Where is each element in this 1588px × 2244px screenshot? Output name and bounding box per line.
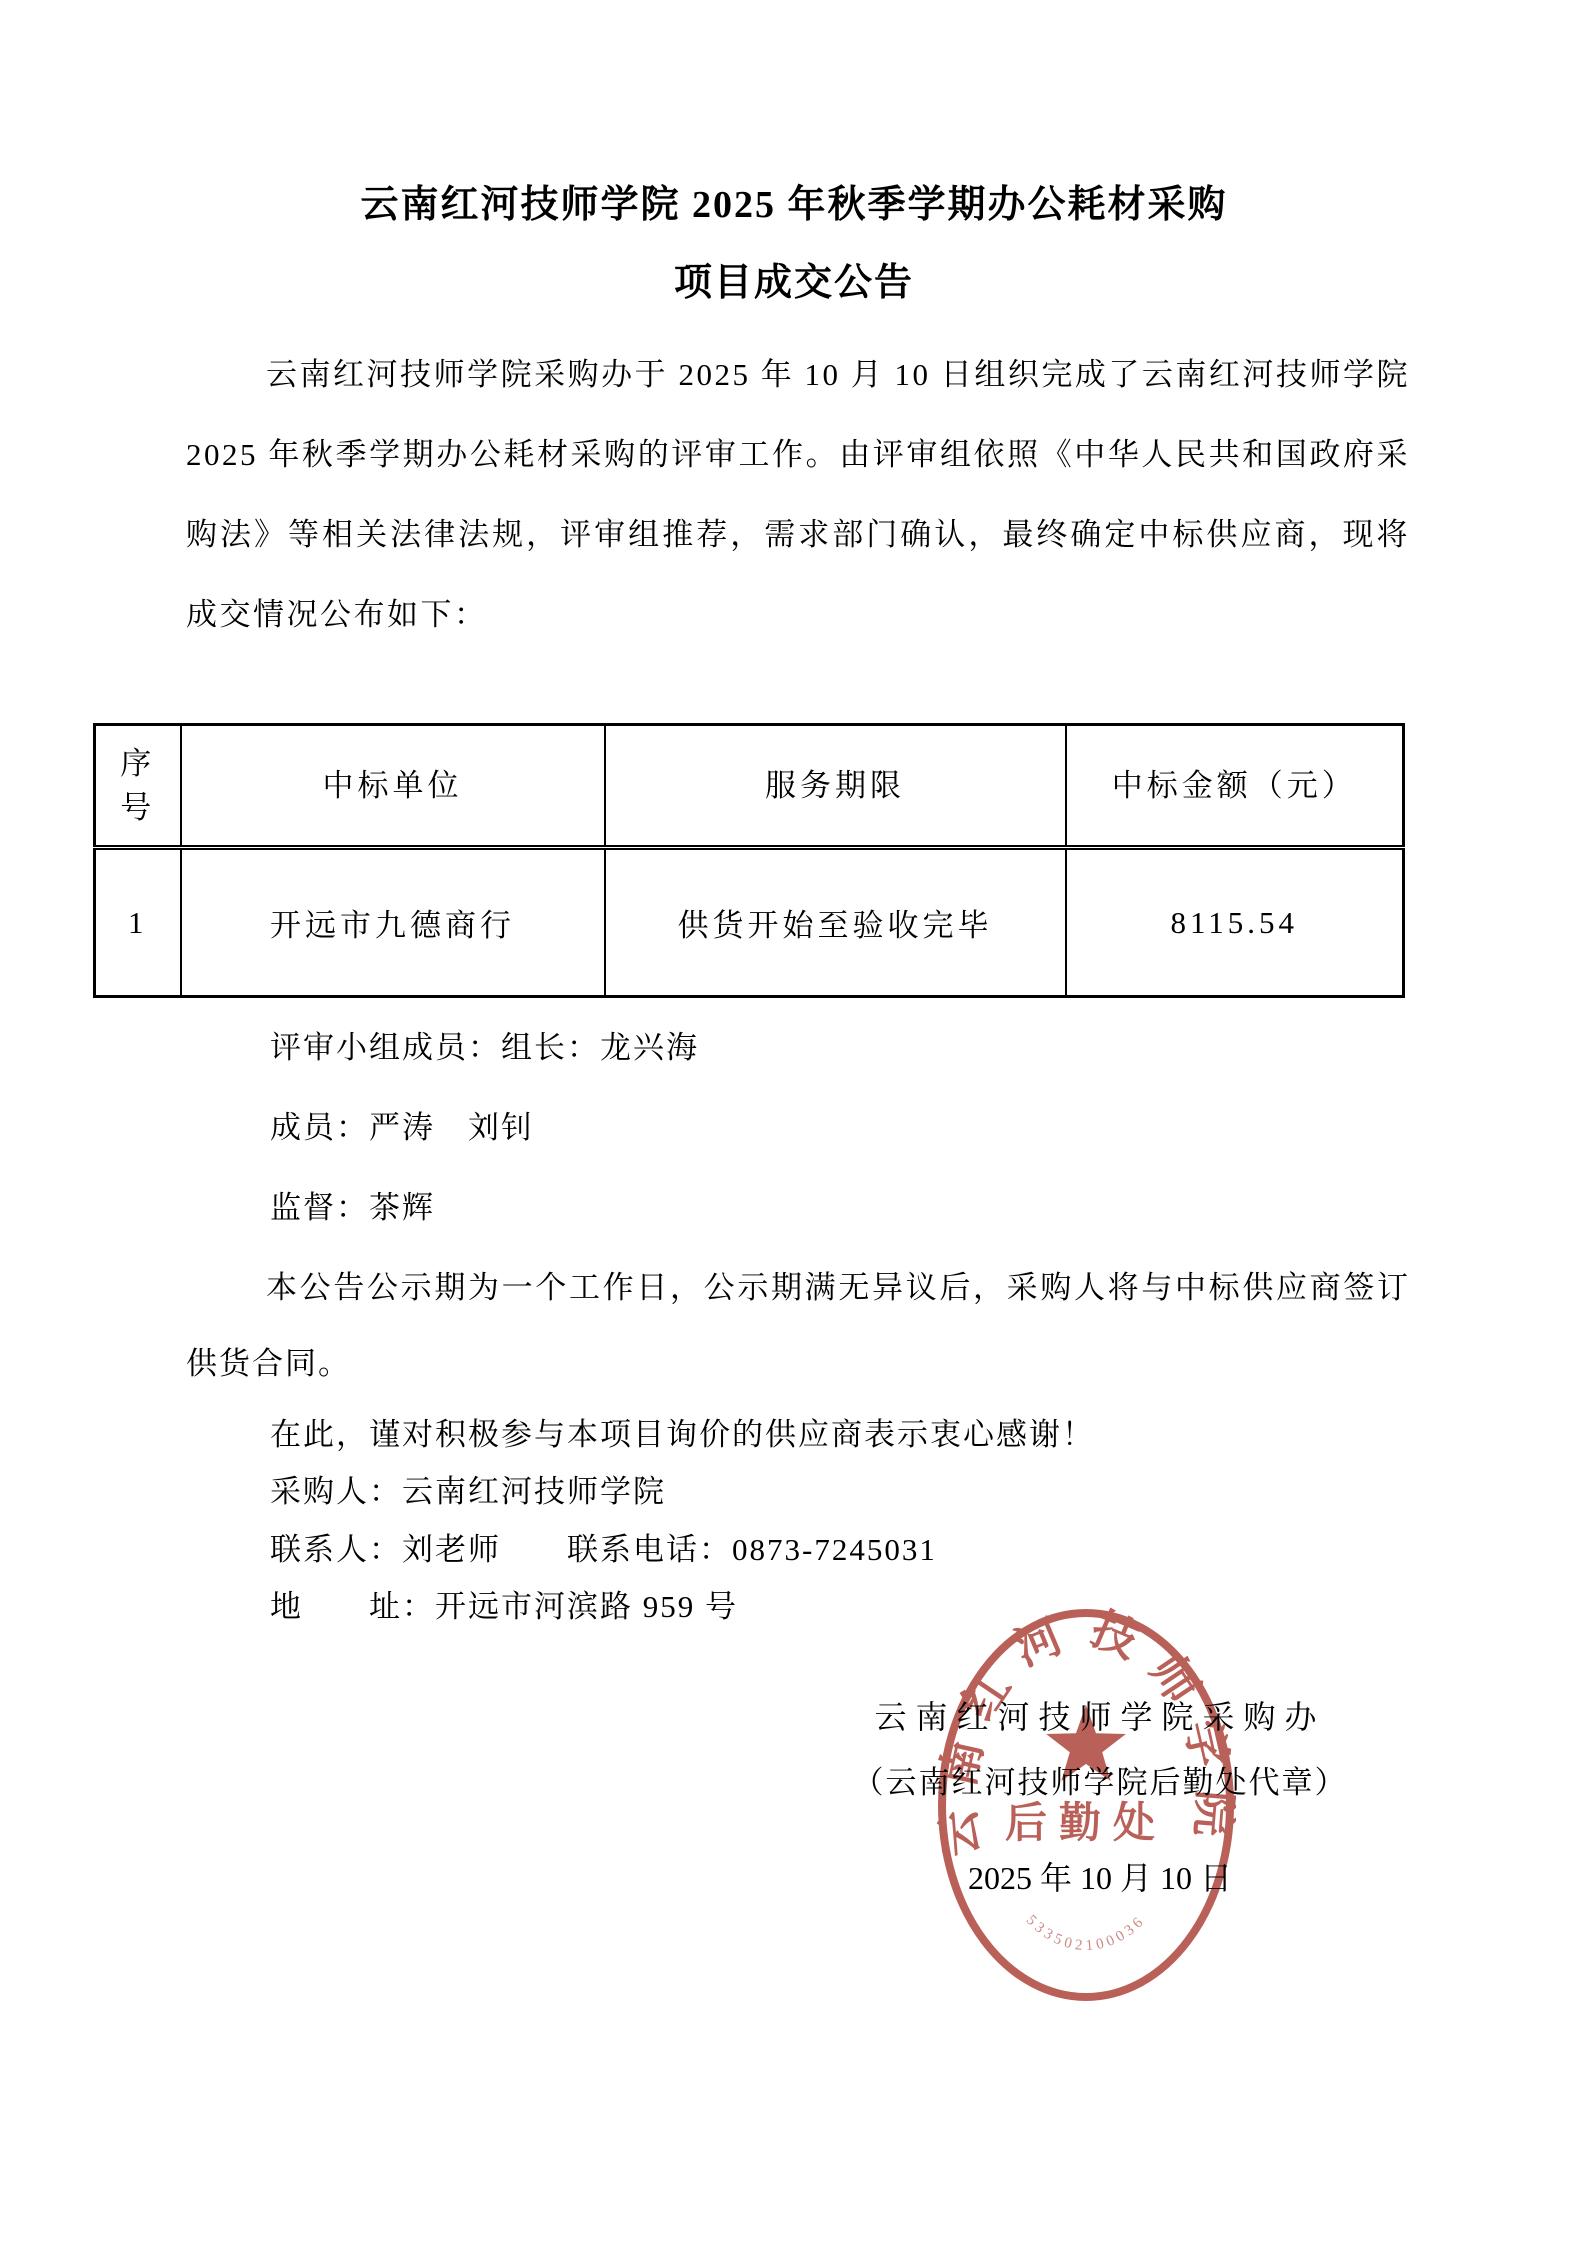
contact-line: 联系人：刘老师 联系电话：0873-7245031 (270, 1521, 937, 1579)
award-table: 序 号 中标单位 服务期限 中标金额（元） 1 开远市九德商行 供货开始至验收完… (93, 723, 1405, 998)
column-header-service-period: 服务期限 (605, 725, 1066, 848)
review-supervisor-line: 监督：茶辉 (270, 1168, 699, 1248)
address-line: 地 址：开远市河滨路 959 号 (270, 1578, 738, 1636)
seal-serial: 533502100036 (1023, 1912, 1149, 1954)
thanks-line: 在此，谨对积极参与本项目询价的供应商表示衷心感谢！ (270, 1406, 1095, 1464)
purchaser-line: 采购人：云南红河技师学院 (270, 1463, 666, 1521)
table-header-row: 序 号 中标单位 服务期限 中标金额（元） (95, 725, 1404, 848)
notice-paragraph: 本公告公示期为一个工作日，公示期满无异议后，采购人将与中标供应商签订供货合同。 (186, 1250, 1410, 1402)
document-title: 云南红河技师学院 2025 年秋季学期办公耗材采购 (0, 177, 1588, 233)
column-header-supplier: 中标单位 (181, 725, 605, 848)
official-seal: 云南红河技师学院 后勤处 533502100036 (936, 1605, 1236, 2005)
cell-index: 1 (95, 848, 181, 997)
announcement-page: 云南红河技师学院 2025 年秋季学期办公耗材采购 项目成交公告 云南红河技师学… (0, 0, 1588, 2244)
document-subtitle: 项目成交公告 (0, 255, 1588, 311)
cell-service-period: 供货开始至验收完毕 (605, 848, 1066, 997)
cell-supplier: 开远市九德商行 (181, 848, 605, 997)
seal-star-icon (1046, 1705, 1126, 1781)
table-row: 1 开远市九德商行 供货开始至验收完毕 8115.54 (95, 848, 1404, 997)
review-team-block: 评审小组成员：组长：龙兴海 成员：严涛 刘钊 监督：茶辉 (270, 1008, 699, 1248)
column-header-amount: 中标金额（元） (1066, 725, 1404, 848)
seal-department-label: 后勤处 (1005, 1800, 1167, 1847)
review-members-line: 成员：严涛 刘钊 (270, 1088, 699, 1168)
review-leader-line: 评审小组成员：组长：龙兴海 (270, 1008, 699, 1088)
cell-amount: 8115.54 (1066, 848, 1404, 997)
intro-paragraph: 云南红河技师学院采购办于 2025 年 10 月 10 日组织完成了云南红河技师… (186, 335, 1410, 655)
column-header-index: 序 号 (95, 725, 181, 848)
